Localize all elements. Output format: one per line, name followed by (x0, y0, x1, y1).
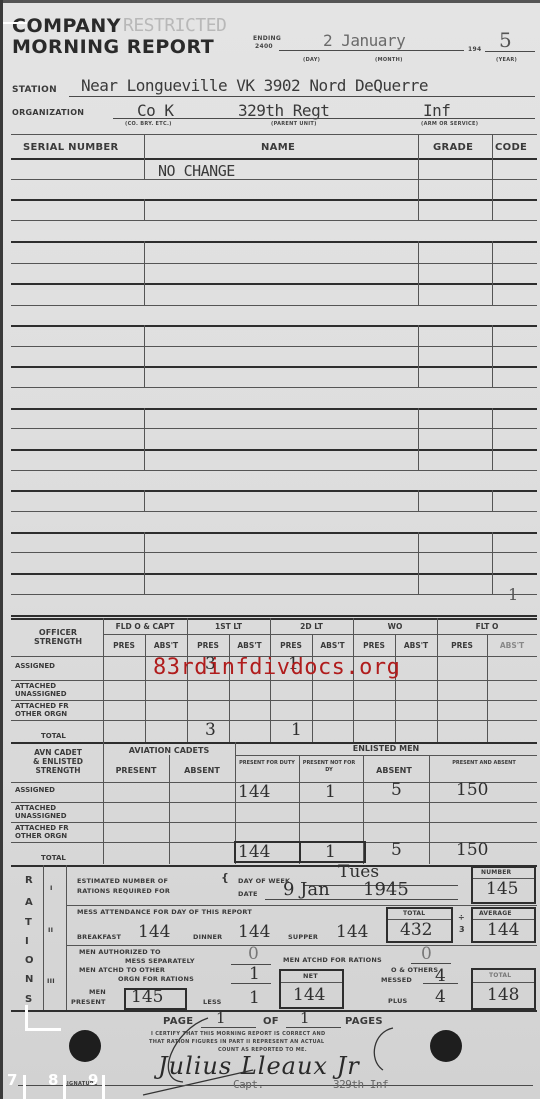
ending-2400-label: 2400 (255, 43, 273, 50)
entry-name: NO CHANGE (158, 162, 235, 180)
group-enlisted-men: ENLISTED MEN (235, 744, 537, 753)
net-label: NET (303, 972, 318, 980)
col-name: NAME (261, 142, 295, 153)
signer-unit: 329th Inf (333, 1078, 388, 1091)
ration-date-label: DATE (238, 890, 258, 898)
mess-total-label: TOTAL (403, 910, 425, 917)
em-present-for-duty-total: 144 (238, 842, 270, 862)
section-iii-label: III (47, 977, 55, 985)
supper-value: 144 (336, 922, 368, 942)
em-present-and-absent-total: 150 (456, 840, 488, 860)
station-value: Near Longueville VK 3902 Nord DeQuerre (81, 76, 428, 95)
year-caption: (YEAR) (496, 57, 517, 63)
group-flt-o: FLT O (437, 622, 537, 631)
watermark: 83rdinfdivdocs.org (153, 655, 400, 680)
sub-absent-em: ABSENT (361, 766, 427, 775)
group-2d-lt: 2D LT (270, 622, 353, 631)
officer-strength-title: OFFICER STRENGTH (23, 628, 93, 646)
binder-hole-left (69, 1030, 101, 1062)
section-ii-label: II (48, 926, 53, 934)
rations-total-label: TOTAL (489, 972, 511, 979)
officer-row-assigned: ASSIGNED (15, 662, 55, 670)
enlisted-strength-title: AVN CADET & ENLISTED STRENGTH (21, 748, 95, 775)
frame-number: 8 (48, 1071, 58, 1089)
crop-mark (3, 22, 27, 24)
group-aviation-cadets: AVIATION CADETS (103, 746, 235, 755)
report-year: 5 (499, 28, 512, 52)
org-caption-parent: (PARENT UNIT) (271, 121, 317, 127)
em-absent-assigned: 5 (391, 780, 402, 800)
sub-abst: ABS'T (145, 641, 187, 650)
officer-row-attached-unassigned: ATTACHED UNASSIGNED (15, 682, 95, 698)
mess-attendance-label: MESS ATTENDANCE FOR DAY OF THIS REPORT (77, 908, 252, 916)
officer-2dlt-pres-total: 1 (291, 720, 302, 740)
estimated-rations-label: ESTIMATED NUMBER OF (77, 877, 168, 885)
divide-sign: ÷ (458, 913, 465, 922)
dinner-value: 144 (238, 922, 270, 942)
station-label: STATION (12, 85, 57, 95)
group-wo: WO (353, 622, 437, 631)
table-top-border (11, 134, 537, 135)
men-atchd-for-rations-value: 0 (421, 944, 432, 964)
divisor: 3 (459, 925, 465, 934)
col-code: CODE (495, 142, 527, 153)
rations-letter: N (25, 974, 33, 985)
ending-label: ENDING (253, 35, 281, 42)
morning-report-page: COMPANY RESTRICTED MORNING REPORT ENDING… (0, 0, 540, 1099)
enlisted-row-attached-fr-other: ATTACHED FR OTHER ORGN (15, 824, 95, 840)
organization-label: ORGANIZATION (12, 108, 84, 117)
em-present-and-absent-assigned: 150 (456, 780, 488, 800)
men-atchd-other-label: MEN ATCHD TO OTHER (79, 966, 165, 974)
rations-letter: O (25, 955, 34, 966)
messed-label: MESSED (381, 976, 412, 984)
dinner-label: DINNER (193, 933, 222, 941)
month-caption: (MONTH) (375, 57, 403, 63)
less-label: LESS (203, 998, 221, 1006)
binder-hole-right (430, 1030, 462, 1062)
enlisted-row-total: TOTAL (41, 854, 66, 862)
report-date: 2 January (323, 31, 405, 50)
sub-present-for-duty: PRESENT FOR DUTY (237, 760, 297, 767)
enlisted-row-assigned: ASSIGNED (15, 786, 55, 794)
rations-letter: S (25, 994, 32, 1005)
frame-number: 9 (88, 1071, 98, 1089)
year-underline (485, 51, 535, 52)
mess-separately-value: 0 (248, 944, 259, 964)
officer-row-total: TOTAL (41, 732, 66, 740)
sub-pres: PRES (437, 641, 487, 650)
men-atchd-other-value: 1 (249, 964, 260, 984)
crop-mark (25, 1028, 61, 1031)
plus-value: 4 (435, 987, 446, 1007)
rations-total-value: 148 (487, 985, 519, 1005)
rations-required-label: RATIONS REQUIRED FOR (77, 887, 170, 895)
sub-abst: ABS'T (312, 641, 353, 650)
year-prefix: 194 (468, 46, 481, 53)
org-underline (113, 118, 535, 119)
day-caption: (DAY) (303, 57, 320, 63)
form-title-company: COMPANY (12, 15, 121, 37)
restricted-stamp: RESTRICTED (123, 15, 226, 36)
less-value: 1 (249, 988, 260, 1008)
men-label: MEN (89, 988, 106, 996)
officer-1stlt-pres-total: 3 (205, 720, 216, 740)
sub-abst: ABS'T (229, 641, 270, 650)
mess-average-value: 144 (487, 920, 519, 940)
men-authorized-label: MEN AUTHORIZED TO (79, 948, 161, 956)
mess-total-value: 432 (400, 920, 432, 940)
group-1st-lt: 1ST LT (187, 622, 270, 631)
em-absent-total: 5 (391, 840, 402, 860)
enlisted-row-attached-unassigned: ATTACHED UNASSIGNED (15, 804, 95, 820)
em-present-not-for-duty-total: 1 (325, 842, 336, 862)
sub-present: PRESENT (103, 766, 169, 775)
sub-abst: ABS'T (395, 641, 437, 650)
signer-grade: Capt. (233, 1078, 264, 1091)
form-title-morning-report: MORNING REPORT (12, 36, 214, 58)
frame-number: 7 (7, 1071, 17, 1089)
mess-average-label: AVERAGE (479, 910, 512, 917)
em-present-not-for-duty-assigned: 1 (325, 782, 336, 802)
rations-letter: T (25, 917, 32, 928)
brace: { (221, 871, 229, 884)
group-fld-o-capt: FLD O & CAPT (103, 622, 187, 631)
ration-date-value: 9 Jan (283, 879, 330, 900)
sub-present-and-absent: PRESENT AND ABSENT (439, 760, 529, 767)
sub-pres: PRES (103, 641, 145, 650)
breakfast-value: 144 (138, 922, 170, 942)
officer-row-attached-fr-other: ATTACHED FR OTHER ORGN (15, 702, 95, 718)
ration-number-value: 145 (486, 879, 518, 899)
section-i-label: I (50, 884, 53, 892)
o-others-label: O & OTHERS (391, 966, 438, 974)
org-caption-company: (CO. BRY. ETC.) (125, 121, 172, 127)
org-caption-arm: (ARM OR SERVICE) (421, 121, 478, 127)
ration-date-year: 1945 (363, 879, 409, 900)
mess-separately-label: MESS SEPARATELY (125, 957, 195, 965)
sub-present-not-for-dy: PRESENT NOT FOR DY (299, 760, 359, 774)
net-value: 144 (293, 985, 325, 1005)
orgn-for-rations-label: ORGN FOR RATIONS (118, 975, 194, 983)
em-present-for-duty-assigned: 144 (238, 782, 270, 802)
scan-edge (3, 0, 540, 3)
rations-letter: I (25, 936, 29, 947)
margin-mark: 1 (508, 585, 518, 604)
ration-number-label: NUMBER (481, 869, 511, 876)
men-present-value: 145 (131, 987, 163, 1007)
station-underline (69, 96, 535, 97)
date-underline (279, 50, 464, 51)
sub-abst: ABS'T (487, 641, 537, 650)
supper-label: SUPPER (288, 933, 318, 941)
plus-label: PLUS (388, 997, 407, 1005)
rations-letter: R (25, 875, 33, 886)
present-label: PRESENT (71, 998, 106, 1006)
col-grade: GRADE (433, 142, 473, 153)
sub-pres: PRES (187, 641, 229, 650)
men-atchd-for-rations-label: MEN ATCHD FOR RATIONS (283, 956, 382, 964)
sub-absent: ABSENT (169, 766, 235, 775)
rations-letter: A (25, 897, 33, 908)
sub-pres: PRES (270, 641, 312, 650)
sub-pres: PRES (353, 641, 395, 650)
col-serial-number: SERIAL NUMBER (23, 142, 119, 153)
breakfast-label: BREAKFAST (77, 933, 121, 941)
